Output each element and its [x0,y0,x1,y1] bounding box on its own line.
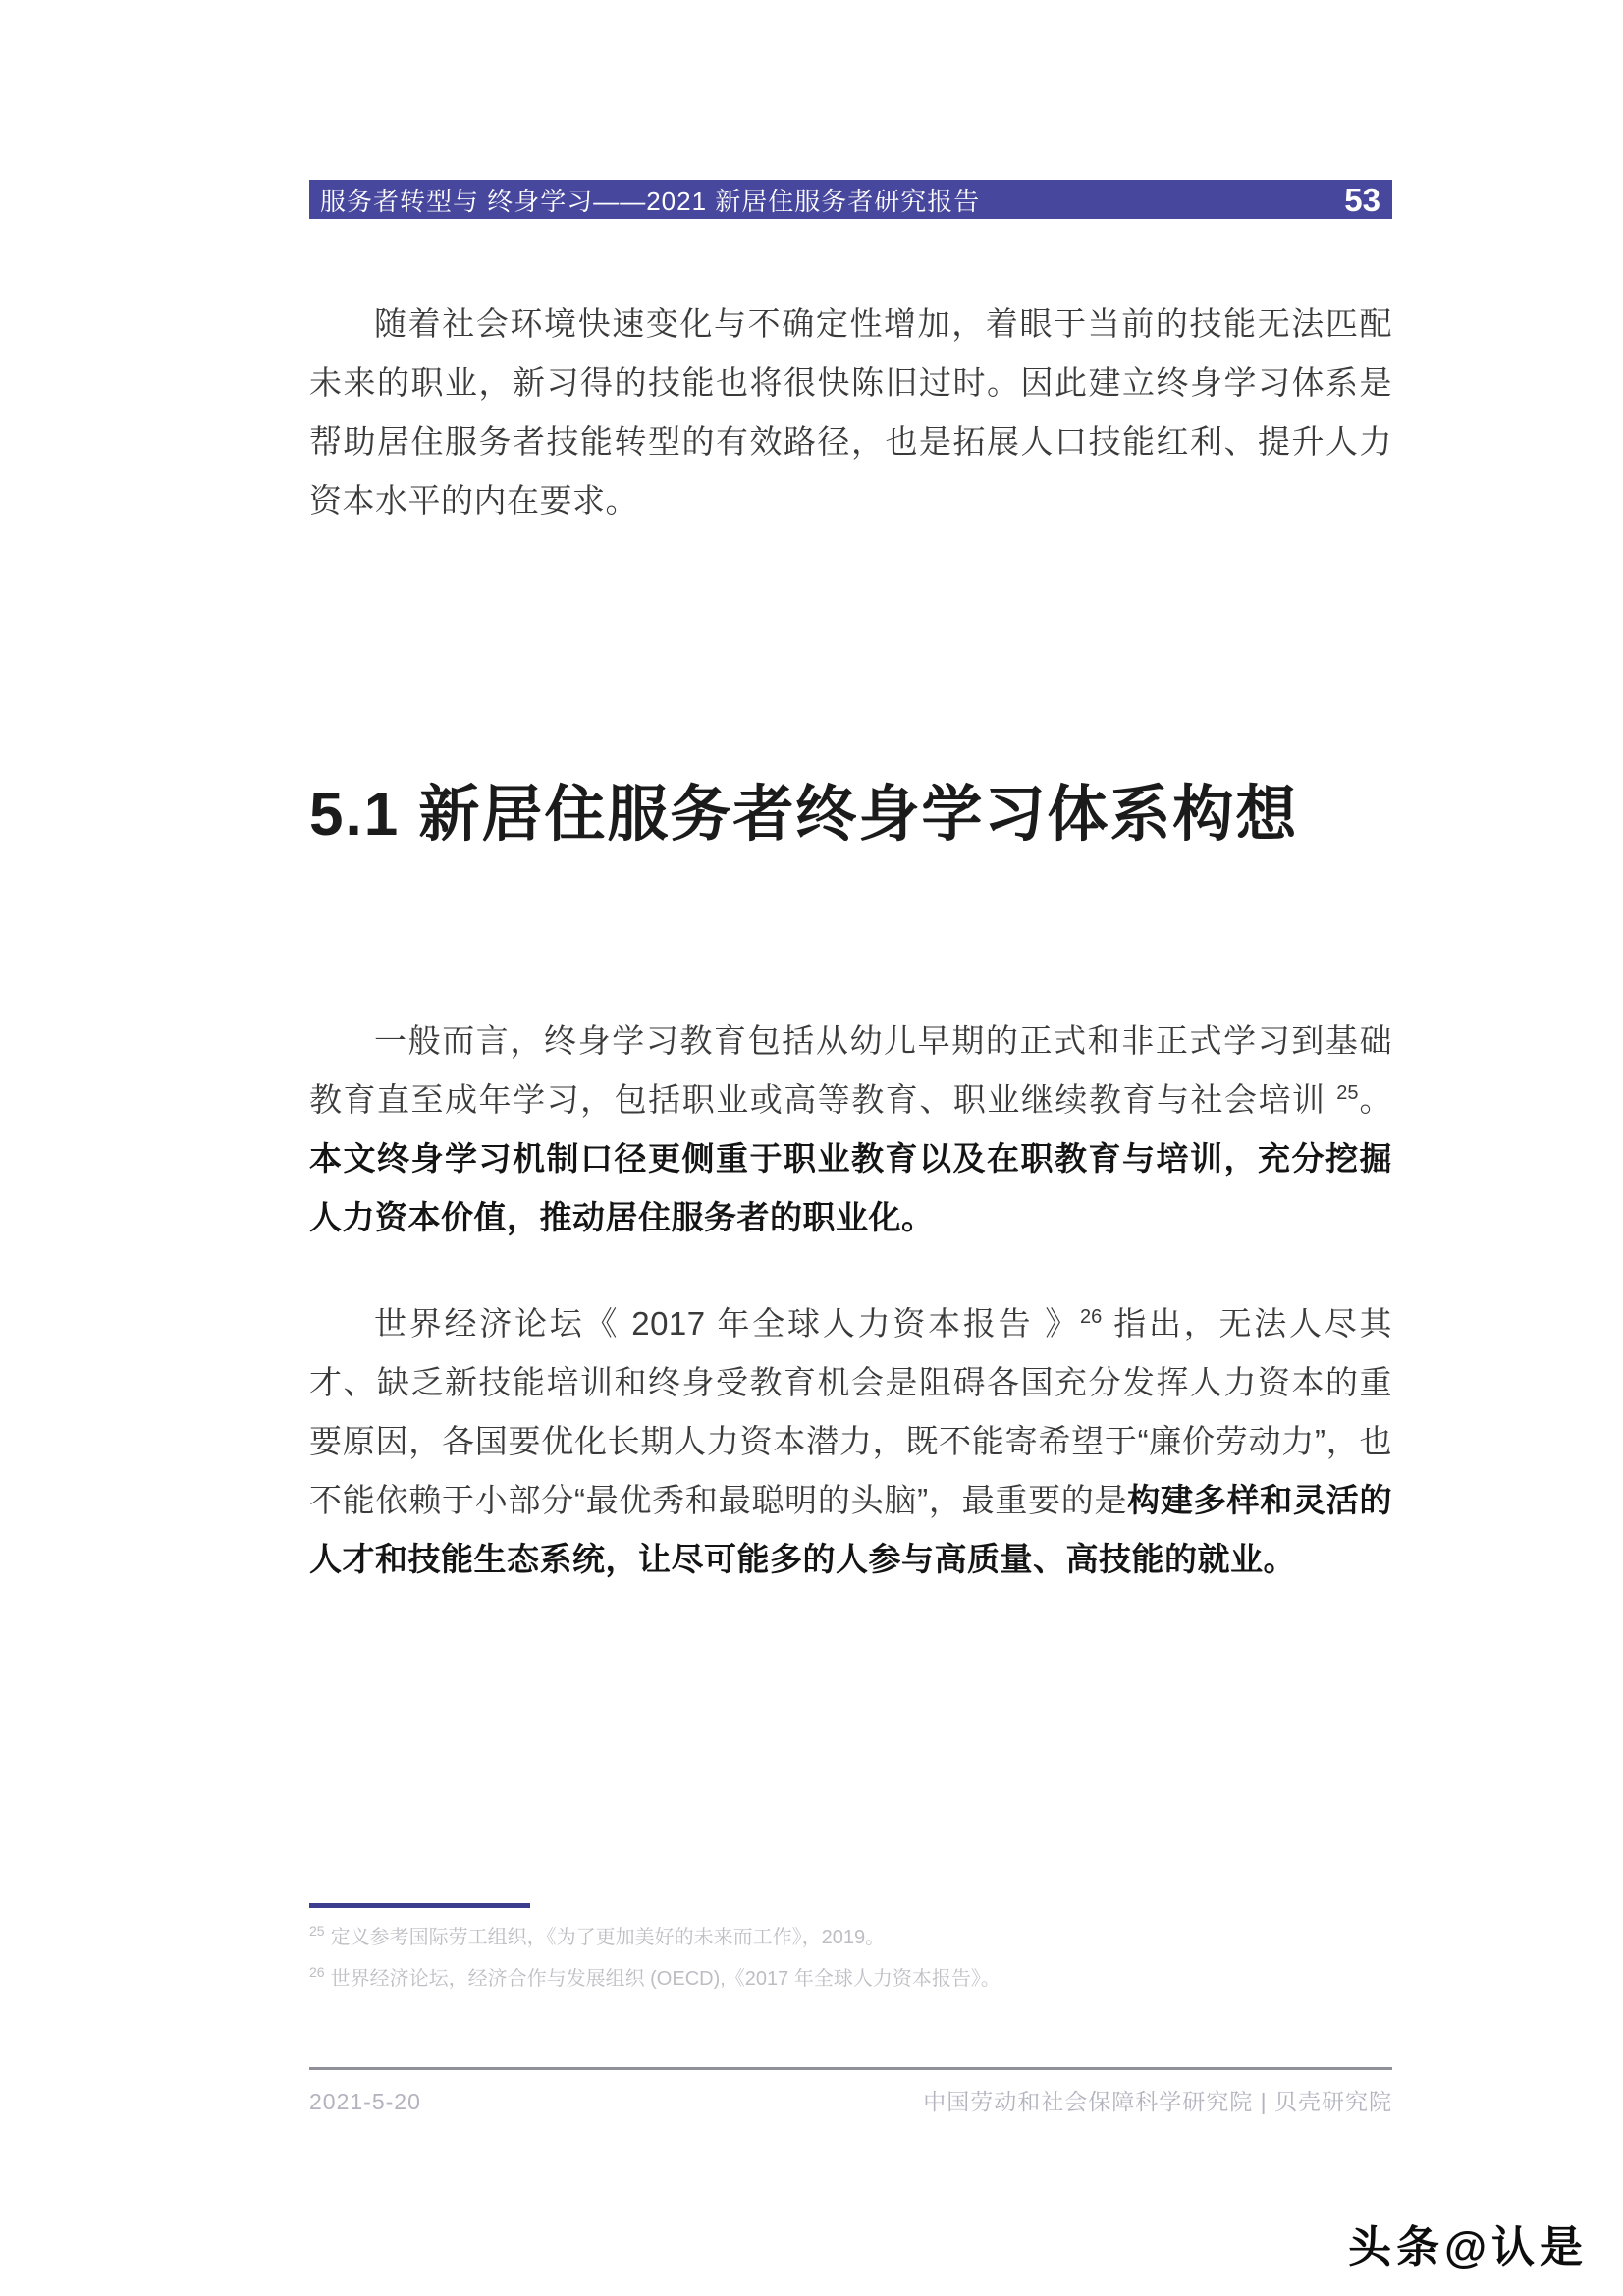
footnote-25-text: 定义参考国际劳工组织，《为了更加美好的未来而工作》，2019。 [331,1927,886,1948]
section-title: 5.1 新居住服务者终身学习体系构想 [309,774,1399,856]
document-page: 服务者转型与 终身学习——2021 新居住服务者研究报告 53 随着社会环境快速… [0,0,1623,2296]
page-footer: 2021-5-20 中国劳动和社会保障科学研究院 | 贝壳研究院 [309,2084,1392,2116]
footnote-26: 26世界经济论坛，经济合作与发展组织 (OECD),《2017 年全球人力资本报… [309,1966,1392,1992]
footnote-26-text: 世界经济论坛，经济合作与发展组织 (OECD),《2017 年全球人力资本报告》… [331,1968,1001,1990]
footnote-divider [309,1903,530,1908]
footer-divider [309,2067,1392,2070]
header-title: 服务者转型与 终身学习——2021 新居住服务者研究报告 [320,182,980,218]
footer-organization: 中国劳动和社会保障科学研究院 | 贝壳研究院 [923,2084,1392,2116]
footnote-25-number: 25 [309,1923,325,1939]
watermark: 头条@认是 [1348,2212,1588,2274]
footer-date: 2021-5-20 [309,2089,421,2115]
paragraph-intro: 随着社会环境快速变化与不确定性增加，着眼于当前的技能无法匹配未来的职业，新习得的… [309,295,1392,530]
footnote-25: 25定义参考国际劳工组织，《为了更加美好的未来而工作》，2019。 [309,1925,1392,1950]
page-header: 服务者转型与 终身学习——2021 新居住服务者研究报告 53 [309,180,1392,219]
page-number-badge: 53 [1344,184,1380,216]
paragraph-lifelong-learning: 一般而言，终身学习教育包括从幼儿早期的正式和非正式学习到基础教育直至成年学习，包… [309,1011,1392,1247]
footnote-26-number: 26 [309,1964,325,1980]
paragraph-wef-report: 世界经济论坛《 2017 年全球人力资本报告 》26 指出，无法人尽其才、缺乏新… [309,1294,1392,1589]
